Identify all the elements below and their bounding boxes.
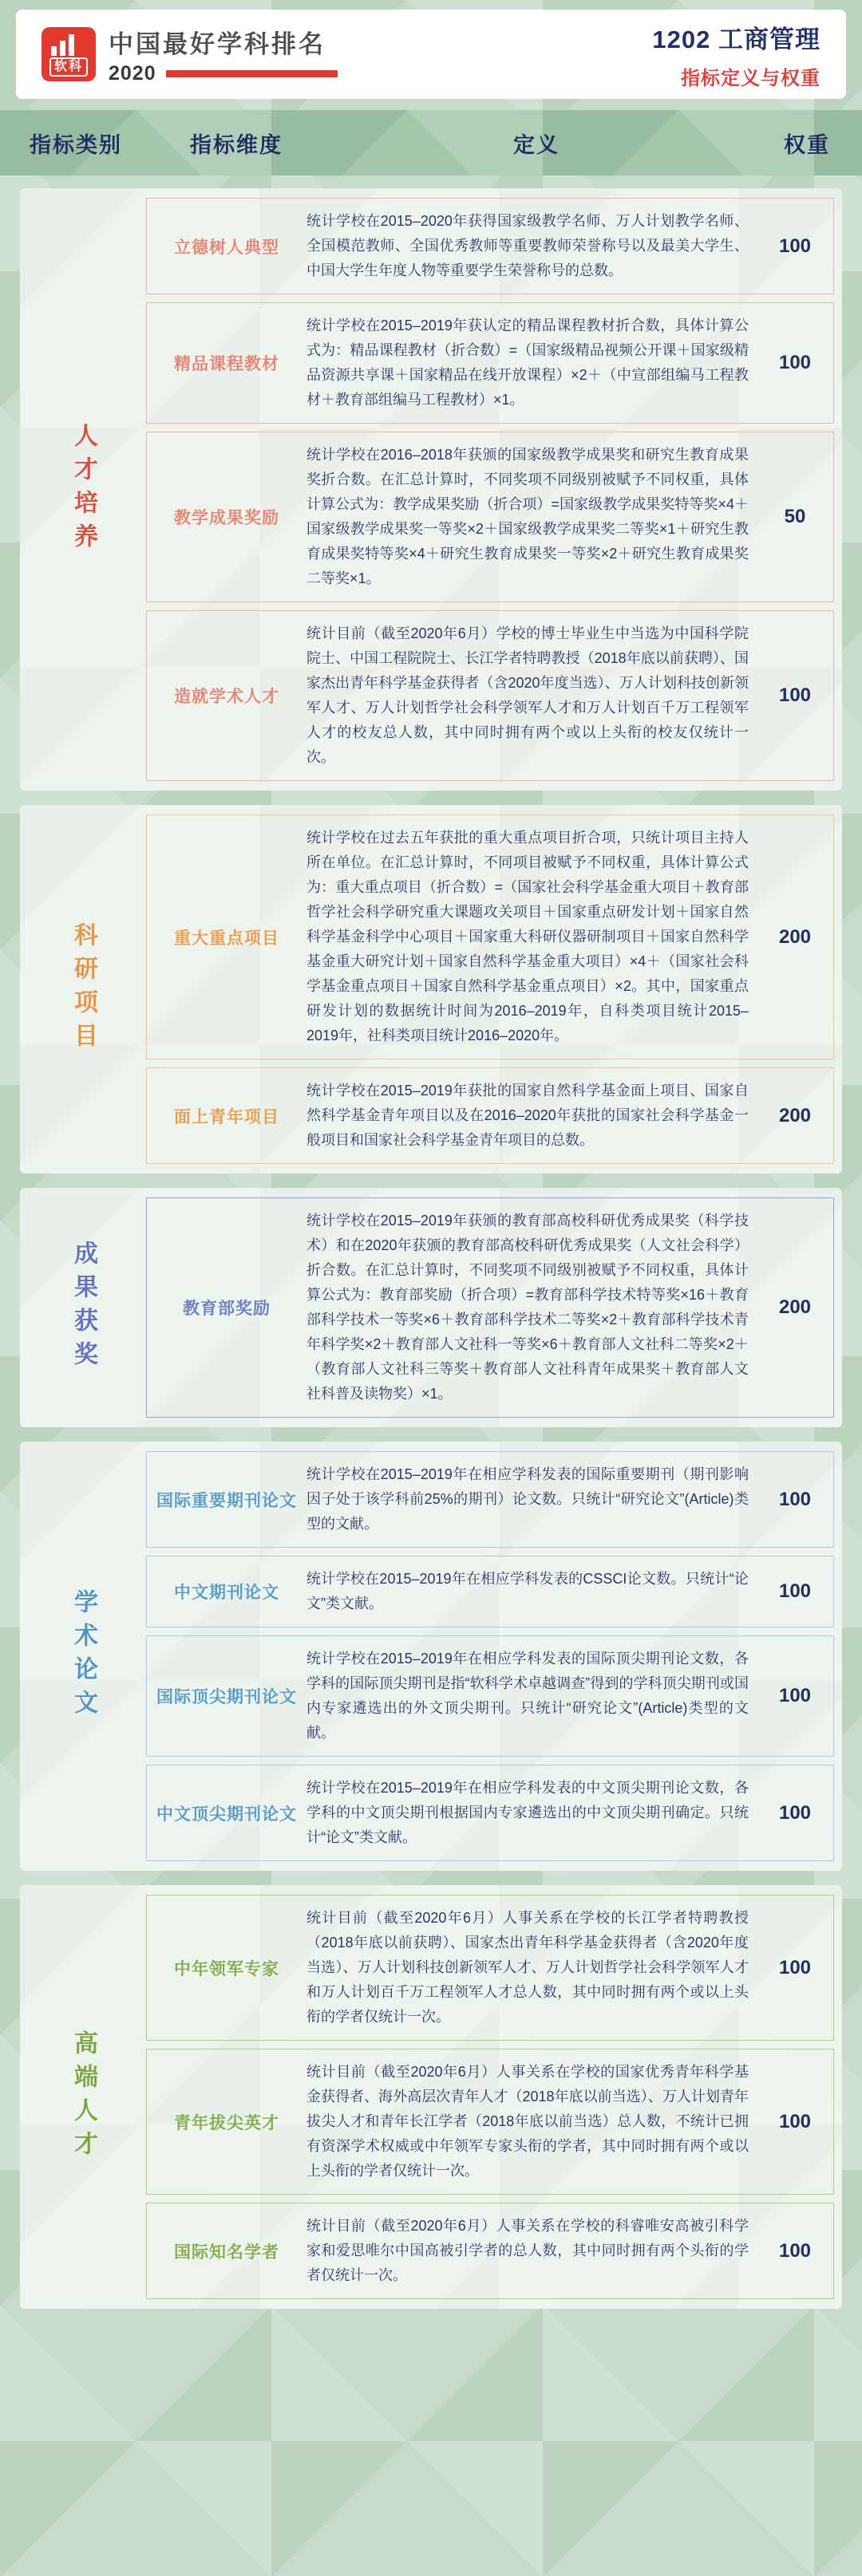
dimension-label: 中年领军专家 xyxy=(147,1956,306,1980)
category-cell: 学术论文 xyxy=(20,1451,146,1861)
dimension-label: 重大重点项目 xyxy=(147,925,306,949)
dimension-label: 立德树人典型 xyxy=(147,235,306,258)
definition-text: 统计学校在2015–2019年在相应学科发表的国际顶尖期刊论文数，各学科的国际顶… xyxy=(306,1647,757,1746)
dimension-label: 教育部奖励 xyxy=(147,1296,306,1320)
dimension-label: 中文顶尖期刊论文 xyxy=(147,1801,306,1825)
weight-value: 100 xyxy=(757,1685,833,1707)
section-card: 人才培养立德树人典型统计学校在2015–2020年获得国家级教学名师、万人计划教… xyxy=(20,188,842,791)
table-row: 重大重点项目统计学校在过去五年获批的重大重点项目折合项，只统计项目主持人所在单位… xyxy=(146,815,834,1059)
header-card: 软科 中国最好学科排名 2020 1202 工商管理 指标定义与权重 xyxy=(16,10,846,99)
discipline-code-title: 1202 工商管理 xyxy=(652,19,820,55)
table-row: 中年领军专家统计目前（截至2020年6月）人事关系在学校的长江学者特聘教授（20… xyxy=(146,1895,834,2041)
dimension-label: 国际知名学者 xyxy=(147,2239,306,2263)
dimension-label: 精品课程教材 xyxy=(147,351,306,375)
weight-value: 100 xyxy=(757,2240,833,2262)
brand-label: 软科 xyxy=(49,57,88,77)
year-label: 2020 xyxy=(109,62,156,85)
rows-container: 重大重点项目统计学校在过去五年获批的重大重点项目折合项，只统计项目主持人所在单位… xyxy=(146,815,834,1164)
table-row: 国际知名学者统计目前（截至2020年6月）人事关系在学校的科睿唯安高被引科学家和… xyxy=(146,2203,834,2299)
section-card: 科研项目重大重点项目统计学校在过去五年获批的重大重点项目折合项，只统计项目主持人… xyxy=(20,805,842,1174)
category-cell: 科研项目 xyxy=(20,815,146,1164)
definition-text: 统计学校在2015–2019年获认定的精品课程教材折合数，具体计算公式为：精品课… xyxy=(306,314,757,412)
weight-value: 200 xyxy=(757,1296,833,1319)
definition-text: 统计目前（截至2020年6月）人事关系在学校的科睿唯安高被引科学家和爱思唯尔中国… xyxy=(306,2214,757,2288)
dimension-label: 造就学术人才 xyxy=(147,684,306,708)
red-underline-divider xyxy=(166,70,338,77)
page-subtitle: 指标定义与权重 xyxy=(652,62,820,90)
ranking-title-block: 中国最好学科排名 2020 xyxy=(109,24,338,85)
definition-text: 统计目前（截至2020年6月）人事关系在学校的长江学者特聘教授（2018年底以前… xyxy=(306,1906,757,2030)
weight-value: 200 xyxy=(757,926,833,949)
weight-value: 100 xyxy=(757,684,833,707)
definition-text: 统计学校在2015–2019年在相应学科发表的中文顶尖期刊论文数，各学科的中文顶… xyxy=(306,1776,757,1850)
table-row: 中文期刊论文统计学校在2015–2019年在相应学科发表的CSSCI论文数。只统… xyxy=(146,1556,834,1627)
rows-container: 立德树人典型统计学校在2015–2020年获得国家级教学名师、万人计划教学名师、… xyxy=(146,198,834,781)
table-row: 精品课程教材统计学校在2015–2019年获认定的精品课程教材折合数，具体计算公… xyxy=(146,302,834,424)
category-label: 高端人才 xyxy=(65,2030,101,2164)
table-row: 青年拔尖英才统计目前（截至2020年6月）人事关系在学校的国家优秀青年科学基金获… xyxy=(146,2049,834,2195)
weight-value: 100 xyxy=(757,235,833,258)
bar-chart-icon xyxy=(51,34,74,56)
dimension-label: 教学成果奖励 xyxy=(147,505,306,529)
weight-value: 100 xyxy=(757,1802,833,1825)
ruanke-logo-mark: 软科 xyxy=(42,27,96,81)
rows-container: 中年领军专家统计目前（截至2020年6月）人事关系在学校的长江学者特聘教授（20… xyxy=(146,1895,834,2299)
table-row: 教学成果奖励统计学校在2016–2018年获颁的国家级教学成果奖和研究生教育成果… xyxy=(146,432,834,602)
definition-text: 统计学校在过去五年获批的重大重点项目折合项，只统计项目主持人所在单位。在汇总计算… xyxy=(306,826,757,1048)
definition-text: 统计目前（截至2020年6月）人事关系在学校的国家优秀青年科学基金获得者、海外高… xyxy=(306,2060,757,2183)
weight-value: 100 xyxy=(757,352,833,374)
table-row: 面上青年项目统计学校在2015–2019年获批的国家自然科学基金面上项目、国家自… xyxy=(146,1067,834,1164)
table-row: 教育部奖励统计学校在2015–2019年获颁的教育部高校科研优秀成果奖（科学技术… xyxy=(146,1197,834,1418)
category-label: 人才培养 xyxy=(65,423,101,557)
dimension-label: 国际顶尖期刊论文 xyxy=(147,1684,306,1708)
weight-value: 100 xyxy=(757,2111,833,2133)
section-card: 成果获奖教育部奖励统计学校在2015–2019年获颁的教育部高校科研优秀成果奖（… xyxy=(20,1188,842,1427)
table-row: 国际重要期刊论文统计学校在2015–2019年在相应学科发表的国际重要期刊（期刊… xyxy=(146,1451,834,1548)
category-label: 成果获奖 xyxy=(65,1241,101,1375)
definition-text: 统计学校在2015–2019年在相应学科发表的国际重要期刊（期刊影响因子处于该学… xyxy=(306,1462,757,1537)
dimension-label: 国际重要期刊论文 xyxy=(147,1488,306,1512)
rows-container: 国际重要期刊论文统计学校在2015–2019年在相应学科发表的国际重要期刊（期刊… xyxy=(146,1451,834,1861)
weight-value: 50 xyxy=(757,506,833,528)
column-header-dimension: 指标维度 xyxy=(152,128,321,159)
ranking-title: 中国最好学科排名 xyxy=(109,24,338,60)
column-header-category: 指标类别 xyxy=(0,128,152,159)
definition-text: 统计学校在2016–2018年获颁的国家级教学成果奖和研究生教育成果奖折合数。在… xyxy=(306,443,757,591)
table-row: 国际顶尖期刊论文统计学校在2015–2019年在相应学科发表的国际顶尖期刊论文数… xyxy=(146,1635,834,1757)
dimension-label: 面上青年项目 xyxy=(147,1104,306,1128)
category-cell: 成果获奖 xyxy=(20,1197,146,1418)
category-label: 科研项目 xyxy=(65,922,101,1056)
definition-text: 统计目前（截至2020年6月）学校的博士毕业生中当选为中国科学院院士、中国工程院… xyxy=(306,621,757,770)
section-card: 学术论文国际重要期刊论文统计学校在2015–2019年在相应学科发表的国际重要期… xyxy=(20,1442,842,1871)
header-right: 1202 工商管理 指标定义与权重 xyxy=(652,19,820,90)
dimension-label: 青年拔尖英才 xyxy=(147,2110,306,2134)
weight-value: 100 xyxy=(757,1957,833,1979)
rows-container: 教育部奖励统计学校在2015–2019年获颁的教育部高校科研优秀成果奖（科学技术… xyxy=(146,1197,834,1418)
table-row: 立德树人典型统计学校在2015–2020年获得国家级教学名师、万人计划教学名师、… xyxy=(146,198,834,294)
definition-text: 统计学校在2015–2019年获批的国家自然科学基金面上项目、国家自然科学基金青… xyxy=(306,1079,757,1153)
category-cell: 人才培养 xyxy=(20,198,146,781)
year-row: 2020 xyxy=(109,62,338,85)
section-card: 高端人才中年领军专家统计目前（截至2020年6月）人事关系在学校的长江学者特聘教… xyxy=(20,1885,842,2309)
definition-text: 统计学校在2015–2019年在相应学科发表的CSSCI论文数。只统计“论文”类… xyxy=(306,1567,757,1616)
category-cell: 高端人才 xyxy=(20,1895,146,2299)
category-label: 学术论文 xyxy=(65,1589,101,1723)
sections-container: 人才培养立德树人典型统计学校在2015–2020年获得国家级教学名师、万人计划教… xyxy=(0,188,862,2309)
column-header-weight: 权重 xyxy=(752,128,862,159)
table-row: 中文顶尖期刊论文统计学校在2015–2019年在相应学科发表的中文顶尖期刊论文数… xyxy=(146,1765,834,1861)
weight-value: 200 xyxy=(757,1105,833,1127)
ruanke-logo: 软科 中国最好学科排名 2020 xyxy=(42,24,338,85)
column-header-definition: 定义 xyxy=(321,128,752,159)
weight-value: 100 xyxy=(757,1489,833,1511)
table-row: 造就学术人才统计目前（截至2020年6月）学校的博士毕业生中当选为中国科学院院士… xyxy=(146,610,834,781)
definition-text: 统计学校在2015–2020年获得国家级教学名师、万人计划教学名师、全国模范教师… xyxy=(306,209,757,283)
dimension-label: 中文期刊论文 xyxy=(147,1580,306,1604)
weight-value: 100 xyxy=(757,1580,833,1603)
column-header-row: 指标类别 指标维度 定义 权重 xyxy=(0,110,862,176)
definition-text: 统计学校在2015–2019年获颁的教育部高校科研优秀成果奖（科学技术）和在20… xyxy=(306,1209,757,1406)
